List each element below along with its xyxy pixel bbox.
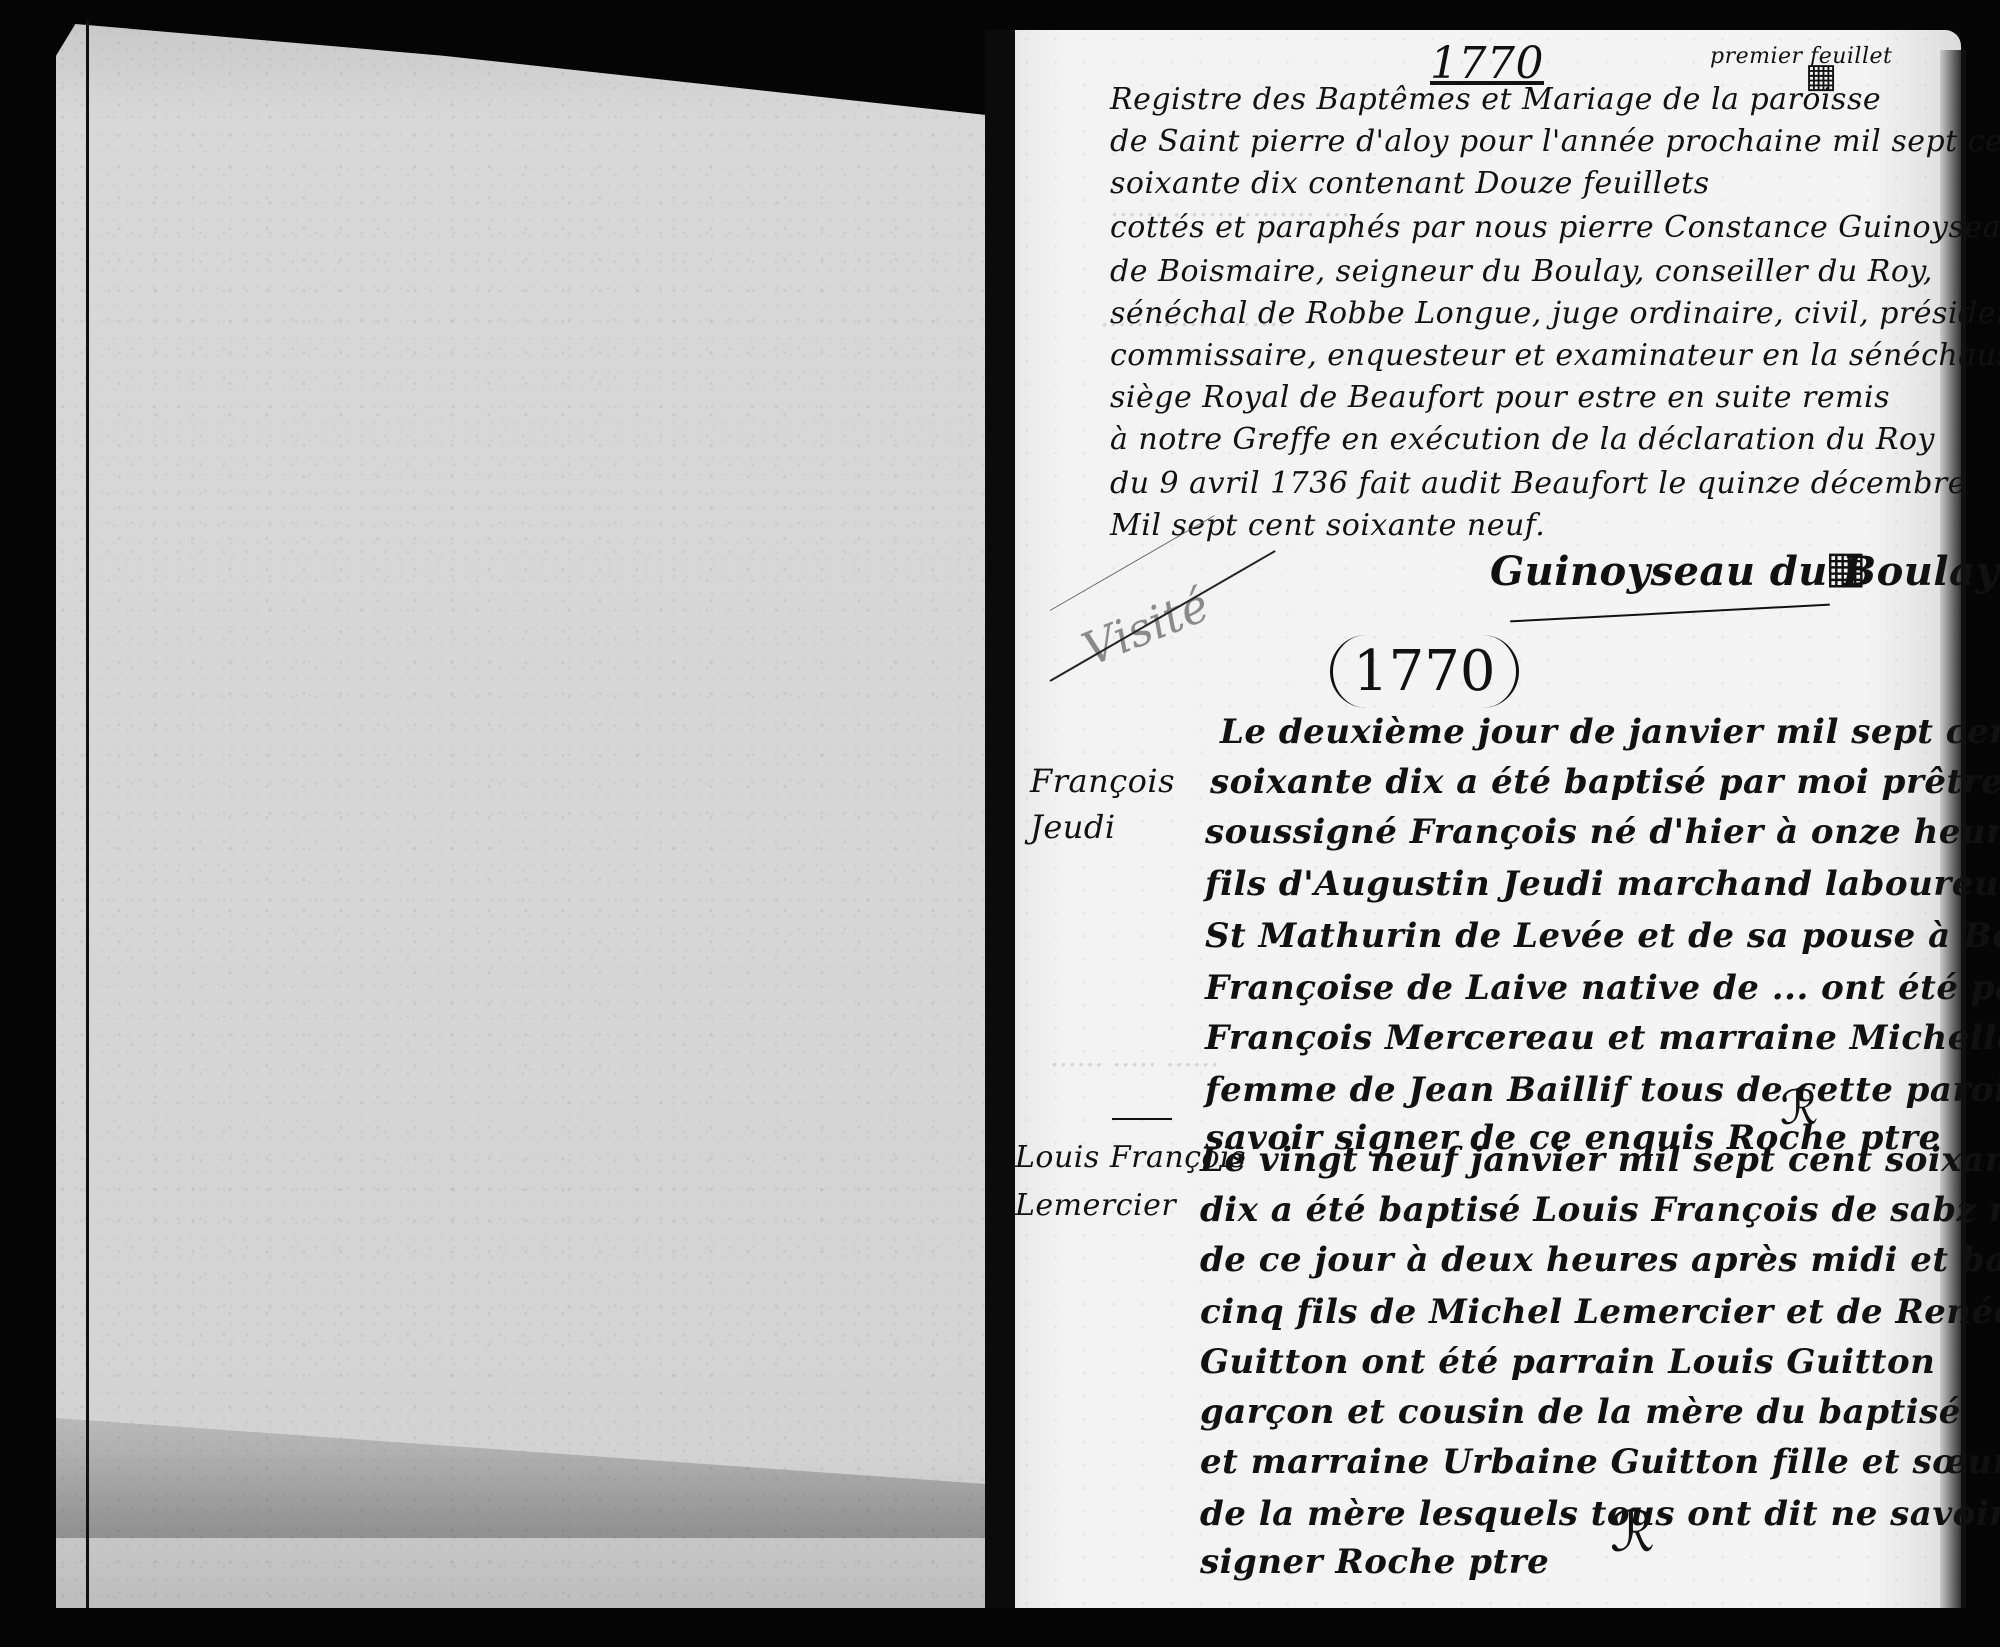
header-line: à notre Greffe en exécution de la déclar… — [1110, 422, 1935, 457]
header-line: soixante dix contenant Douze feuillets — [1110, 166, 1710, 201]
year-cartouche: 1770 — [1330, 635, 1519, 708]
header-line: commissaire, enquesteur et examinateur e… — [1110, 338, 2000, 373]
entry-2-line: de la mère lesquels tous ont dit ne savo… — [1200, 1494, 2000, 1534]
header-line: cottés et paraphés par nous pierre Const… — [1110, 210, 2000, 245]
header-line: sénéchal de Robbe Longue, juge ordinaire… — [1110, 296, 2000, 331]
header-line: siège Royal de Beaufort pour estre en su… — [1110, 380, 1890, 415]
header-line: du 9 avril 1736 fait audit Beaufort le q… — [1110, 466, 1966, 501]
entry-1-line: soixante dix a été baptisé par moi prêtr… — [1210, 762, 2000, 802]
book-gutter — [985, 30, 1015, 1615]
priest-paraphe-icon: ℛ — [1610, 1500, 1655, 1565]
entry-2-line: cinq fils de Michel Lemercier et de René… — [1200, 1292, 2000, 1332]
entry-separator — [1112, 1118, 1172, 1120]
entry-2-line: et marraine Urbaine Guitton fille et sœu… — [1200, 1442, 2000, 1482]
entry-1-line: Françoise de Laive native de ... ont été… — [1205, 968, 2000, 1008]
entry-1-line: St Mathurin de Levée et de sa pouse à Be… — [1205, 916, 2000, 956]
entry-1-margin-surname: Jeudi — [1030, 808, 1116, 846]
entry-2-margin-surname: Lemercier — [1015, 1188, 1176, 1223]
entry-1-margin-name: François — [1030, 762, 1175, 800]
seneschal-signature: Guinoyseau du Boulay — [1490, 548, 1999, 595]
folio-note: premier feuillet — [1710, 44, 1892, 69]
left-page-edge — [86, 20, 89, 1610]
scan-bottom-border — [0, 1608, 2000, 1647]
priest-paraphe-icon: ℛ — [1780, 1080, 1818, 1136]
entry-1-line: fils d'Augustin Jeudi marchand laboureur… — [1205, 864, 2000, 904]
entry-1-line: soussigné François né d'hier à onze heur… — [1205, 812, 2000, 852]
entry-2-line: Guitton ont été parrain Louis Guitton — [1200, 1342, 1935, 1382]
bleed-through-text: ...... ..... ...... — [1050, 1040, 1219, 1073]
paraphe-icon: ▦ — [1825, 542, 1867, 593]
entry-2-line: signer Roche ptre — [1200, 1542, 1549, 1582]
header-line: de Boismaire, seigneur du Boulay, consei… — [1110, 254, 1933, 289]
spacer — [1112, 1112, 2000, 1114]
left-page-blank — [56, 24, 1024, 1609]
entry-1-line: Le deuxième jour de janvier mil sept cen… — [1220, 712, 2000, 752]
entry-2-line: de ce jour à deux heures après midi et b… — [1200, 1240, 2000, 1280]
header-line: de Saint pierre d'aloy pour l'année proc… — [1110, 124, 2000, 159]
entry-1-line: François Mercereau et marraine Michelle … — [1205, 1018, 2000, 1058]
entry-1-line: femme de Jean Baillif tous de cette paro… — [1205, 1070, 2000, 1110]
entry-2-line: Le vingt neuf janvier mil sept cent soix… — [1200, 1140, 2000, 1180]
entry-2-line: dix a été baptisé Louis François de sabz… — [1200, 1190, 2000, 1230]
header-line: Registre des Baptêmes et Mariage de la p… — [1110, 82, 1881, 117]
entry-2-line: garçon et cousin de la mère du baptisé — [1200, 1392, 1961, 1432]
